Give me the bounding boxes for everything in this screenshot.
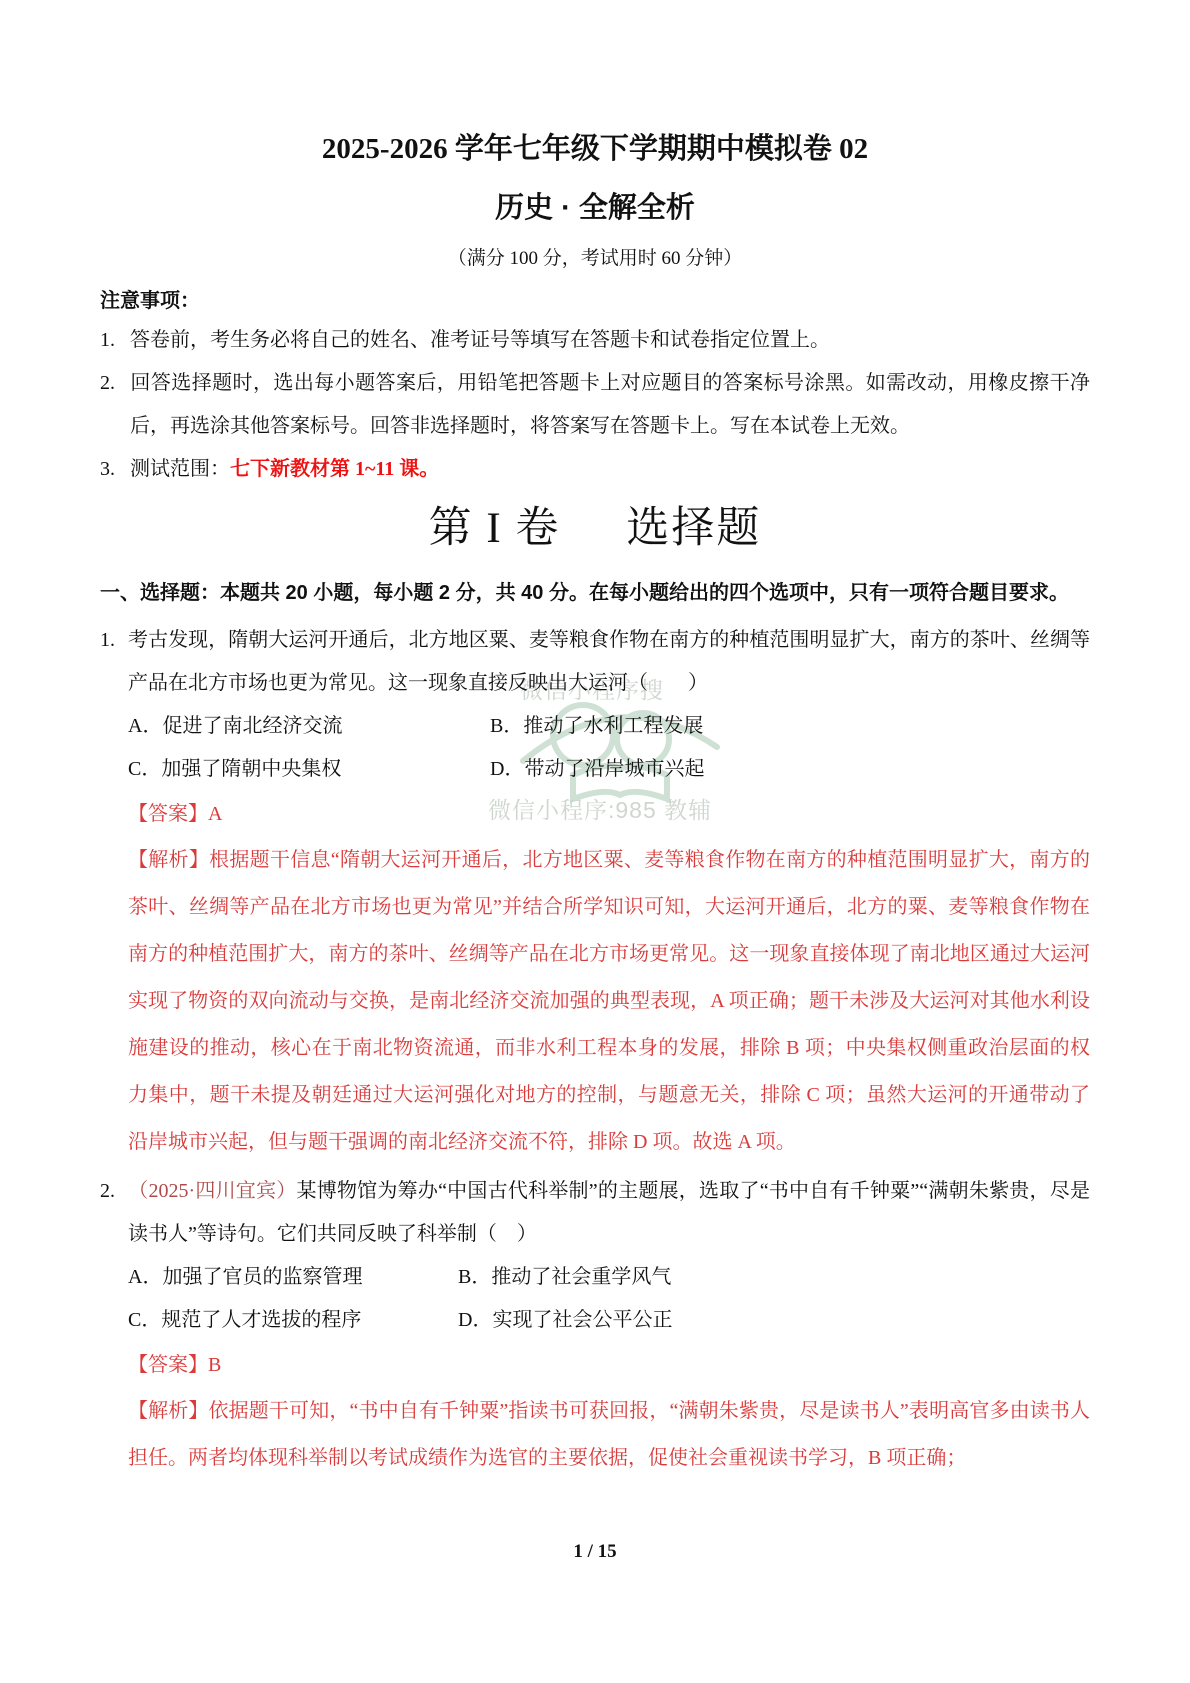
question-2-option-c: C．规范了人才选拔的程序	[128, 1299, 458, 1342]
section-heading-volume: 第 I 卷	[429, 505, 561, 552]
question-1-stem-text: 考古发现，隋朝大运河开通后，北方地区粟、麦等粮食作物在南方的种植范围明显扩大，南…	[128, 629, 1090, 694]
question-2-option-d: D．实现了社会公平公正	[458, 1309, 672, 1331]
question-2-option-b: B．推动了社会重学风气	[458, 1266, 671, 1288]
question-1: 1.考古发现，隋朝大运河开通后，北方地区粟、麦等粮食作物在南方的种植范围明显扩大…	[100, 619, 1090, 1166]
notice-item-1-text: 答卷前，考生务必将自己的姓名、准考证号等填写在答题卡和试卷指定位置上。	[130, 329, 830, 351]
question-1-number: 1.	[100, 619, 128, 662]
notice-item-3-prefix: 测试范围：	[130, 458, 230, 480]
question-1-analysis: 【解析】根据题干信息“隋朝大运河开通后，北方地区粟、麦等粮食作物在南方的种植范围…	[128, 837, 1090, 1166]
exam-paper-page: 微信小程序搜 微信小程序:985 教辅 2025-2026 学年七年级下学期期中…	[0, 0, 1190, 1683]
question-2: 2.（2025·四川宜宾）某博物馆为筹办“中国古代科举制”的主题展，选取了“书中…	[100, 1170, 1090, 1482]
subject-subtitle: 历史 · 全解全析	[100, 190, 1090, 226]
page-number: 1 / 15	[0, 1541, 1190, 1563]
question-1-option-b: B．推动了水利工程发展	[490, 705, 1090, 748]
question-2-analysis-label: 【解析】	[128, 1400, 209, 1422]
section-heading-type: 选择题	[626, 505, 761, 552]
question-2-options-row-1: A．加强了官员的监察管理B．推动了社会重学风气	[128, 1256, 1090, 1299]
notice-item-3: 3.测试范围：七下新教材第 1~11 课。	[100, 448, 1090, 491]
question-2-analysis: 【解析】依据题干可知，“书中自有千钟粟”指读书可获回报，“满朝朱紫贵，尽是读书人…	[128, 1388, 1090, 1482]
section-heading: 第 I 卷选择题	[100, 501, 1090, 557]
notice-item-2-text: 回答选择题时，选出每小题答案后，用铅笔把答题卡上对应题目的答案标号涂黑。如需改动…	[130, 372, 1090, 437]
notice-item-3-number: 3.	[100, 448, 130, 491]
page-content: 2025-2026 学年七年级下学期期中模拟卷 02 历史 · 全解全析 （满分…	[0, 0, 1190, 1482]
question-1-answer-value: A	[208, 803, 222, 825]
question-1-stem: 1.考古发现，隋朝大运河开通后，北方地区粟、麦等粮食作物在南方的种植范围明显扩大…	[100, 619, 1090, 705]
notice-item-1-number: 1.	[100, 319, 130, 362]
question-2-option-a: A．加强了官员的监察管理	[128, 1256, 458, 1299]
question-2-stem: 2.（2025·四川宜宾）某博物馆为筹办“中国古代科举制”的主题展，选取了“书中…	[100, 1170, 1090, 1256]
question-1-answer: 【答案】A	[128, 791, 1090, 837]
question-1-option-c: C．加强了隋朝中央集权	[128, 748, 490, 791]
question-2-source-tag: （2025·四川宜宾）	[128, 1180, 296, 1202]
notice-heading: 注意事项：	[100, 286, 1090, 316]
notice-item-3-test-range: 七下新教材第 1~11 课。	[230, 458, 439, 480]
question-2-answer-value: B	[208, 1354, 221, 1376]
question-2-options-row-2: C．规范了人才选拔的程序D．实现了社会公平公正	[128, 1299, 1090, 1342]
question-2-analysis-text: 依据题干可知，“书中自有千钟粟”指读书可获回报，“满朝朱紫贵，尽是读书人”表明高…	[128, 1400, 1090, 1469]
question-2-answer: 【答案】B	[128, 1342, 1090, 1388]
notice-item-2: 2.回答选择题时，选出每小题答案后，用铅笔把答题卡上对应题目的答案标号涂黑。如需…	[100, 362, 1090, 448]
exam-info-line: （满分 100 分，考试用时 60 分钟）	[100, 246, 1090, 272]
question-1-analysis-text: 根据题干信息“隋朝大运河开通后，北方地区粟、麦等粮食作物在南方的种植范围明显扩大…	[128, 849, 1090, 1153]
section-intro: 一、选择题：本题共 20 小题，每小题 2 分，共 40 分。在每小题给出的四个…	[100, 571, 1090, 615]
question-1-answer-label: 【答案】	[128, 803, 208, 825]
question-1-options: A．促进了南北经济交流 B．推动了水利工程发展 C．加强了隋朝中央集权 D．带动…	[128, 705, 1090, 791]
notice-item-1: 1.答卷前，考生务必将自己的姓名、准考证号等填写在答题卡和试卷指定位置上。	[100, 319, 1090, 362]
question-2-answer-label: 【答案】	[128, 1354, 208, 1376]
notice-item-2-number: 2.	[100, 362, 130, 405]
question-1-option-a: A．促进了南北经济交流	[128, 705, 490, 748]
question-1-option-d: D．带动了沿岸城市兴起	[490, 748, 1090, 791]
question-1-analysis-label: 【解析】	[128, 849, 209, 871]
question-2-number: 2.	[100, 1170, 128, 1213]
page-title: 2025-2026 学年七年级下学期期中模拟卷 02	[100, 130, 1090, 168]
